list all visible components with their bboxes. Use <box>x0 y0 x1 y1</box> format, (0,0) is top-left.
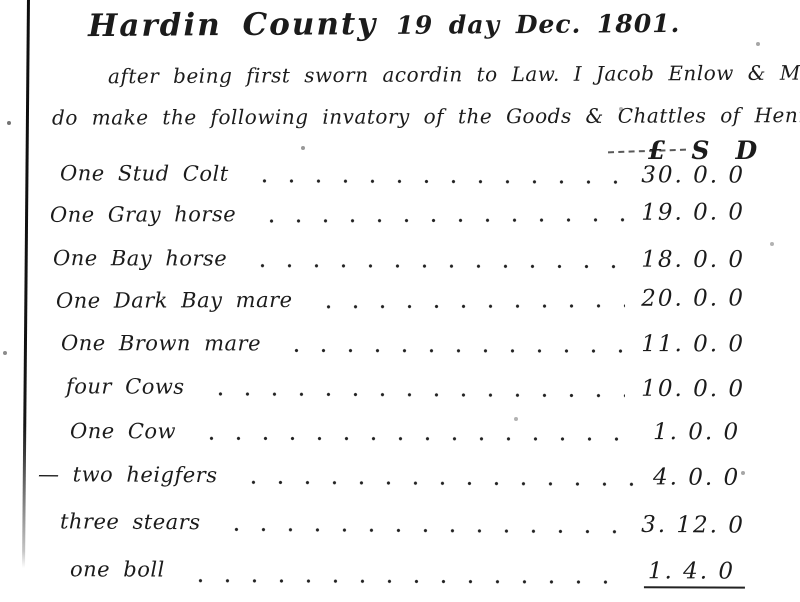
dot-leader <box>218 525 625 535</box>
item-label: three stears <box>60 509 201 534</box>
dot-leader <box>245 262 625 271</box>
amount-value: 18. 0. 0 <box>641 247 745 273</box>
amount-value: 4. 0. 0 <box>653 464 745 490</box>
document-title: Hardin County 19 day Dec. 1801. <box>88 4 681 44</box>
amount-value: 1. 0. 0 <box>653 419 745 445</box>
item-label: One Dark Bay mare <box>56 288 293 313</box>
oath-line: after being first sworn acordin to Law. … <box>108 60 800 88</box>
inventory-row: one boll 1. 4. 0 <box>0 556 745 589</box>
item-label: One Stud Colt <box>60 161 229 186</box>
inventory-row: One Gray horse 19. 0. 0 <box>0 199 745 228</box>
item-label: — two heigfers <box>38 462 218 487</box>
item-label: One Cow <box>70 419 176 443</box>
dot-leader <box>254 216 625 225</box>
shillings-column-header: S <box>691 136 709 165</box>
scanned-inventory-document: Hardin County 19 day Dec. 1801. after be… <box>0 0 800 602</box>
dot-leader <box>203 390 626 400</box>
amount-value: 20. 0. 0 <box>641 285 745 311</box>
item-label: One Bay horse <box>53 246 227 270</box>
currency-column-headers: £ S D <box>648 136 757 165</box>
dot-leader <box>279 346 625 355</box>
amount-value: 11. 0. 0 <box>641 331 745 357</box>
amount-value: 1. 4. 0 <box>644 558 745 588</box>
inventory-row: three stears 3. 12. 0 <box>0 508 745 539</box>
amount-value: 3. 12. 0 <box>641 512 745 539</box>
inventory-row: One Bay horse 18. 0. 0 <box>0 245 745 273</box>
item-label: four Cows <box>66 374 185 399</box>
item-label: one boll <box>70 557 165 581</box>
inventory-row: four Cows 10. 0. 0 <box>0 373 745 402</box>
scan-specks <box>0 0 2 2</box>
item-label: One Gray horse <box>50 202 236 227</box>
dot-leader <box>247 177 626 186</box>
dot-leader <box>194 434 637 443</box>
amount-value: 19. 0. 0 <box>641 199 745 225</box>
dot-leader <box>235 478 636 488</box>
document-date: 19 day Dec. 1801. <box>396 9 680 40</box>
county-title: Hardin County <box>88 6 378 44</box>
pounds-column-header: £ <box>648 136 665 165</box>
inventory-row: One Cow 1. 0. 0 <box>0 418 745 445</box>
inventory-declaration-line: do make the following invatory of the Go… <box>52 102 800 129</box>
pence-column-header: D <box>735 136 757 165</box>
inventory-row: One Stud Colt 30. 0. 0 <box>0 160 745 189</box>
inventory-row: One Brown mare 11. 0. 0 <box>0 330 745 357</box>
amount-value: 30. 0. 0 <box>641 162 745 188</box>
inventory-row: One Dark Bay mare 20. 0. 0 <box>0 285 745 314</box>
dot-leader <box>183 577 628 587</box>
inventory-row: — two heigfers 4. 0. 0 <box>0 461 745 491</box>
amount-value: 10. 0. 0 <box>641 376 745 402</box>
item-label: One Brown mare <box>61 331 261 355</box>
dot-leader <box>311 302 626 311</box>
